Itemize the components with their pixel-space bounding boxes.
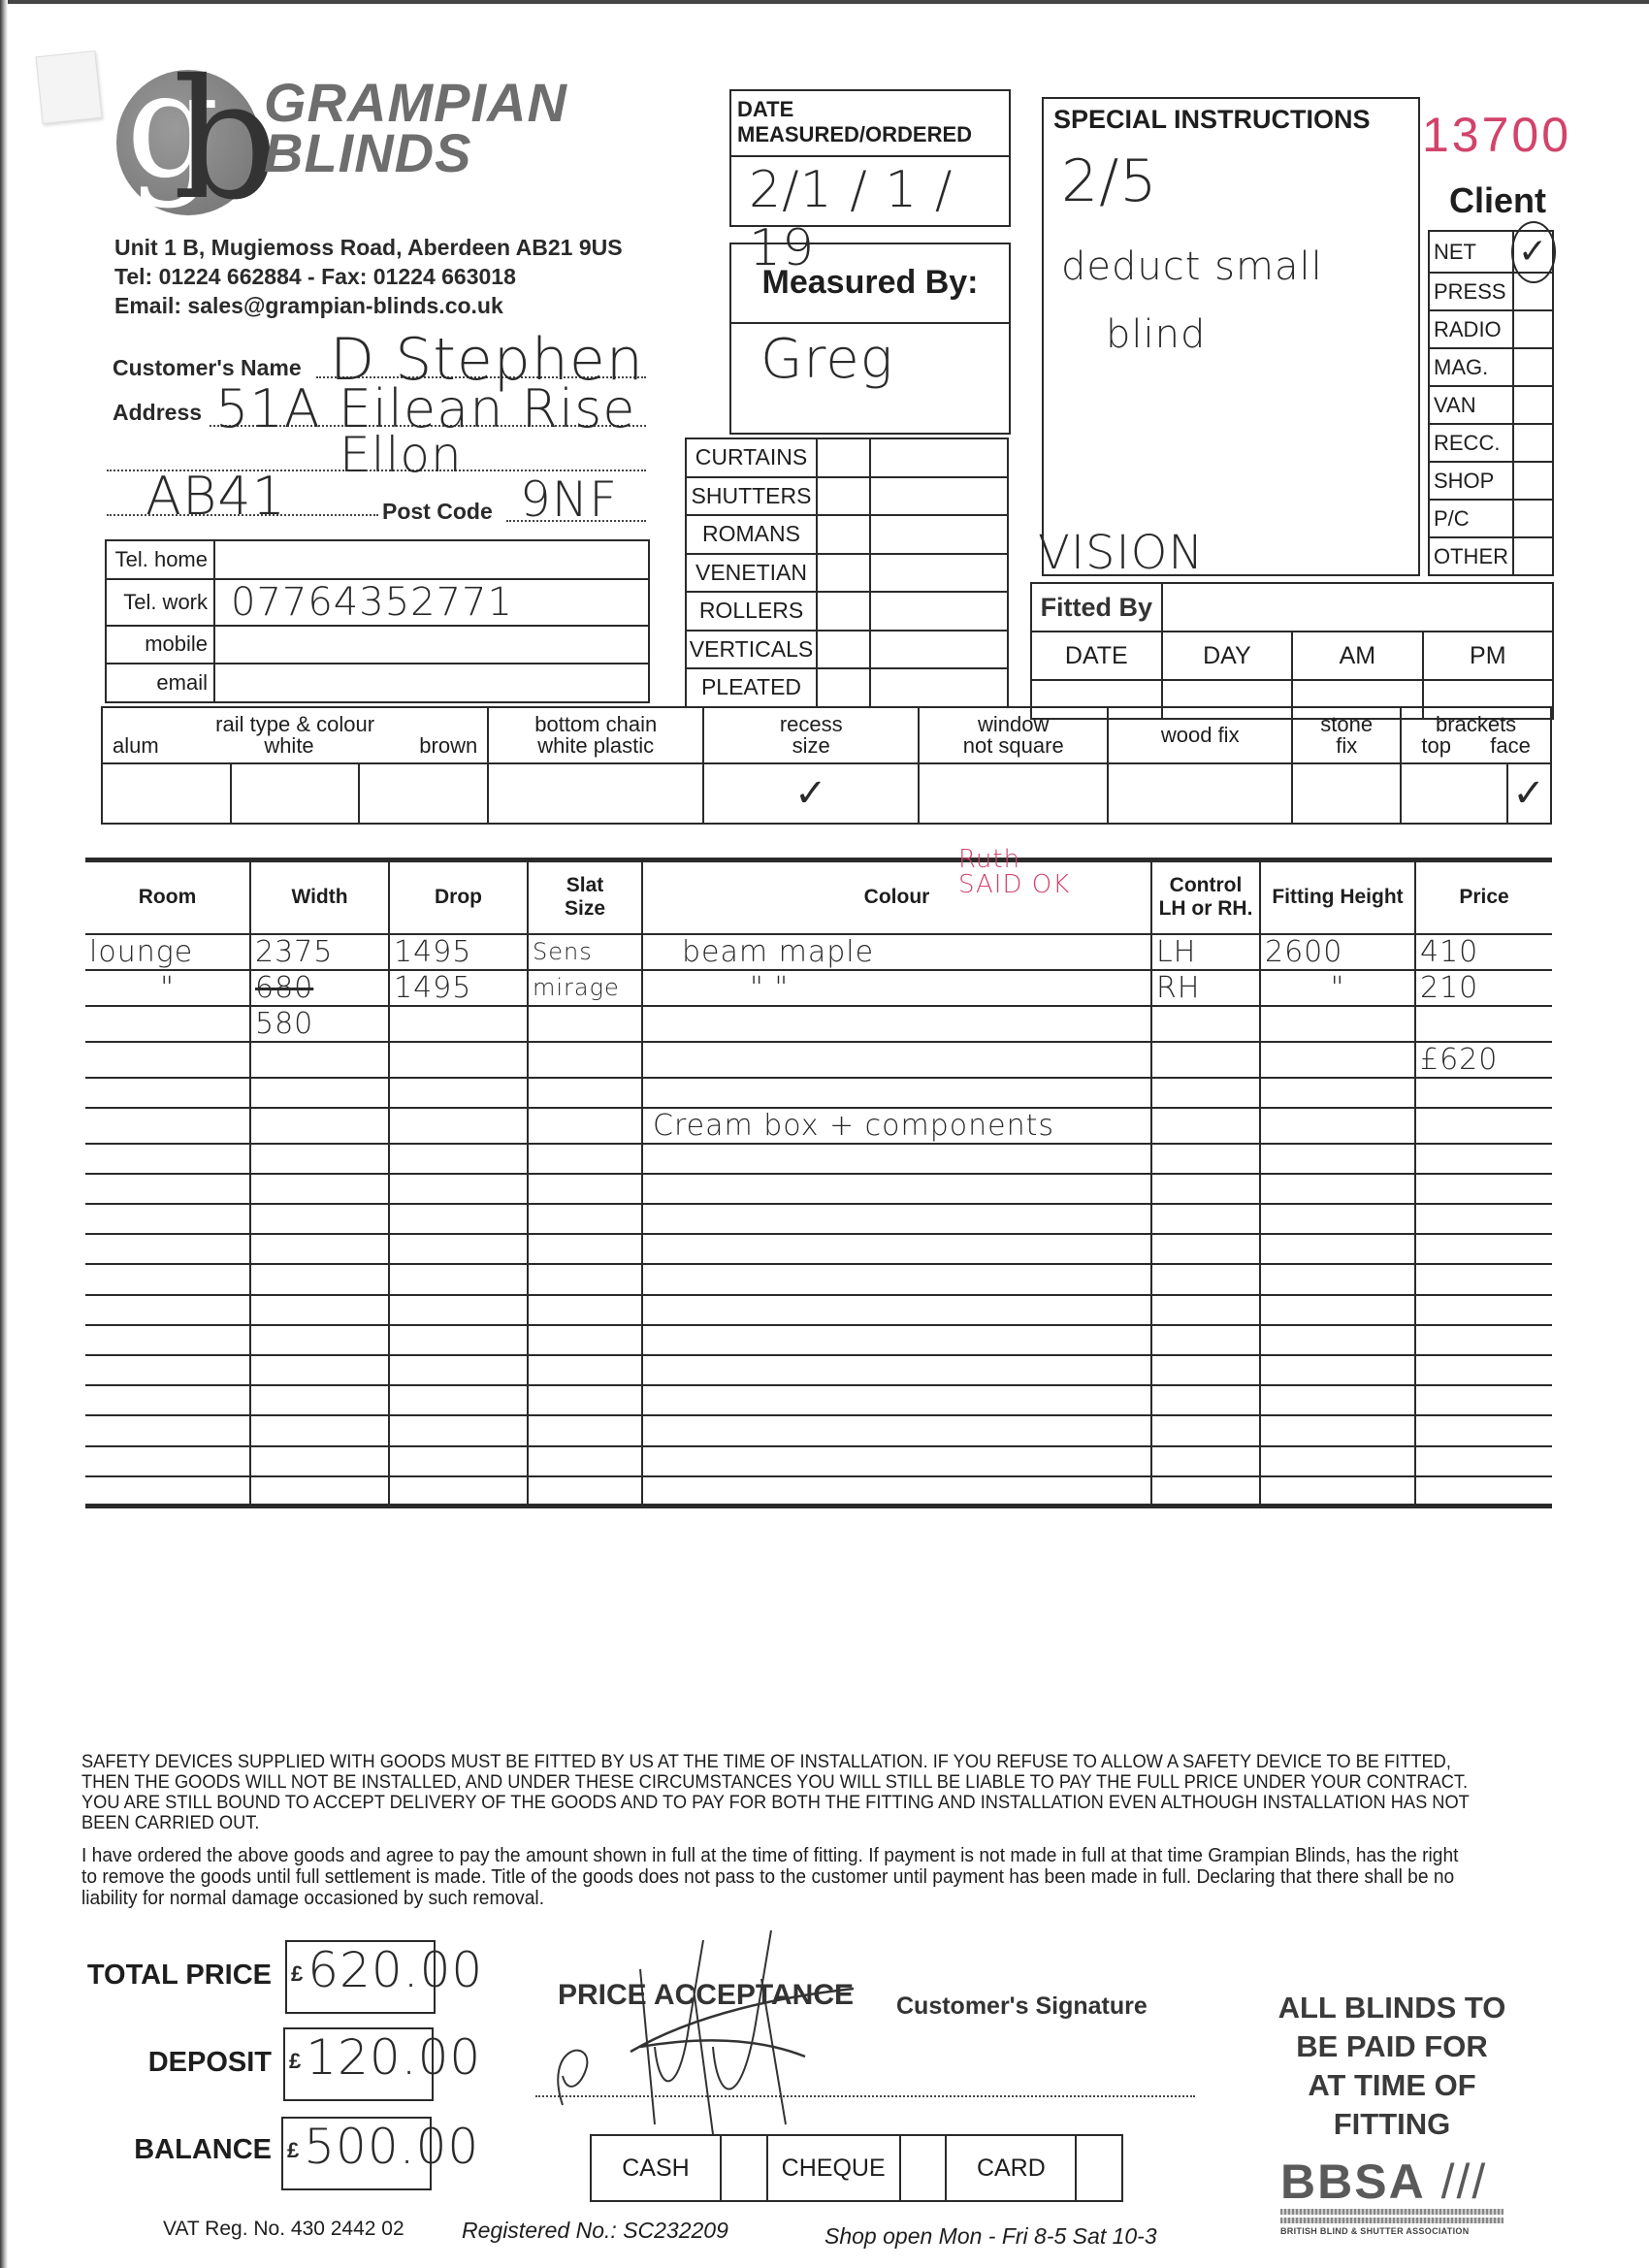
torn-paper-note [36,50,103,124]
special-instructions-footer-note[interactable]: VISION [1038,526,1204,580]
rail-brown-checkbox[interactable] [359,763,488,824]
payment-cash-checkbox[interactable] [721,2135,767,2201]
client-source-label: VAN [1429,386,1513,424]
product-checkbox[interactable] [817,668,870,707]
balance-field[interactable]: £500.00 [281,2117,432,2190]
bbsa-stripe [1280,2209,1503,2215]
product-label: VENETIAN [686,554,817,593]
slat-cell[interactable] [528,1042,642,1078]
bbsa-tagline: BRITISH BLIND & SHUTTER ASSOCIATION [1280,2226,1503,2236]
notice-line: ALL BLINDS TO [1251,1989,1533,2027]
vat-number: VAT Reg. No. 430 2442 02 [163,2218,404,2241]
registered-number: Registered No.: SC232209 [462,2218,728,2244]
order-row-empty [85,1385,1552,1415]
bottom-chain-header: bottom chain white plastic [488,707,703,763]
brackets-top-label: top [1421,735,1451,757]
brackets-label: brackets [1402,714,1550,735]
product-row: CURTAINS [686,438,1008,477]
price-cell[interactable] [1415,1078,1552,1108]
notice-line: BE PAID FOR [1251,2027,1533,2066]
order-row-empty [85,1174,1552,1204]
client-source-checkbox[interactable] [1513,424,1553,462]
colour-cell[interactable]: Cream box + components [642,1108,1151,1144]
drop-cell[interactable]: 1495 [389,970,528,1006]
col-fitting-height: Fitting Height [1260,860,1415,934]
fitted-col-pm: PM [1423,632,1553,680]
product-type-table: CURTAINS SHUTTERS ROMANS VENETIAN ROLLER… [685,437,1009,708]
postcode-label: Post Code [382,499,493,525]
client-source-row: VAN [1429,386,1553,424]
product-qty[interactable] [870,477,1008,516]
product-label: ROLLERS [686,592,817,631]
fitting-height-cell[interactable] [1260,1108,1415,1144]
client-source-row: RADIO [1429,310,1553,348]
width-cell[interactable] [250,1108,389,1144]
colour-cell[interactable]: " " [642,970,1151,1006]
bbsa-mark: BBSA /// [1280,2157,1503,2206]
slat-label-2: Size [529,897,641,921]
company-address: Unit 1 B, Mugiemoss Road, Aberdeen AB21 … [114,233,623,262]
order-row-empty [85,1446,1552,1476]
order-row: £620 [85,1042,1552,1078]
slat-cell[interactable] [528,1006,642,1042]
order-row-empty [85,1144,1552,1174]
notice-line: FITTING [1251,2105,1533,2144]
client-source-checkbox[interactable] [1513,462,1553,500]
date-label-line2: MEASURED/ORDERED [737,122,1003,147]
client-source-row: OTHER [1429,537,1553,575]
fitted-col-date: DATE [1031,632,1162,680]
customer-signature[interactable] [533,1930,883,2154]
date-measured-label: DATE MEASURED/ORDERED [731,91,1009,157]
control-cell[interactable] [1151,1006,1260,1042]
col-width: Width [250,860,389,934]
room-cell[interactable]: lounge [85,934,250,970]
stone-label-1: stone [1293,714,1400,735]
order-header-row: Room Width Drop SlatSize Colour Ruth SAI… [85,860,1552,934]
room-cell[interactable] [85,1108,250,1144]
window-not-square-checkbox[interactable] [919,763,1108,824]
colour-cell[interactable] [642,1078,1151,1108]
scan-edge-left [0,0,8,2268]
special-instructions-label: SPECIAL INSTRUCTIONS [1044,99,1418,141]
client-source-checkbox[interactable] [1513,537,1553,575]
payment-card-label: CARD [946,2135,1076,2201]
brackets-face-label: face [1490,735,1531,757]
control-cell[interactable] [1151,1108,1260,1144]
bottom-chain-checkbox[interactable] [488,763,703,824]
contact-label: Tel. home [106,540,214,579]
contact-label: Tel. work [106,579,214,626]
product-row: SHUTTERS [686,477,1008,516]
company-name: GRAMPIAN BLINDS [264,78,567,178]
bottom-chain-label-2: white plastic [489,735,702,757]
rail-type-label: rail type & colour [103,714,487,735]
rail-white-checkbox[interactable] [231,763,360,824]
client-source-label: RECC. [1429,424,1513,462]
order-row: " 680 1495 mirage " " RH " 210 [85,970,1552,1006]
price-cell[interactable] [1415,1006,1552,1042]
client-source-title: Client [1449,180,1546,221]
slat-cell[interactable]: mirage [528,970,642,1006]
control-cell[interactable] [1151,1078,1260,1108]
agreement-terms: I have ordered the above goods and agree… [81,1845,1474,1909]
logo-letter-b: b [173,58,278,223]
bottom-chain-label-1: bottom chain [489,714,702,735]
product-checkbox[interactable] [817,631,870,669]
mobile-field[interactable] [214,626,649,664]
product-checkbox[interactable] [817,477,870,516]
product-label: PLEATED [686,668,817,707]
fitting-height-cell[interactable]: " [1260,970,1415,1006]
product-checkbox[interactable] [817,438,870,477]
product-row: VERTICALS [686,631,1008,669]
total-price-label: TOTAL PRICE [78,1960,272,1992]
product-label: ROMANS [686,515,817,554]
postcode-field[interactable]: 9NF [520,471,618,528]
recess-label-1: recess [704,714,918,735]
slat-cell[interactable] [528,1108,642,1144]
fitting-height-cell[interactable] [1260,1078,1415,1108]
fitted-by-field[interactable] [1162,583,1553,632]
col-slat-size: SlatSize [528,860,642,934]
product-row: ROMANS [686,515,1008,554]
window-label-1: window [920,714,1107,735]
contact-table: Tel. home Tel. work 07764352771 mobile e… [105,539,650,703]
recess-label-2: size [704,735,918,757]
product-checkbox[interactable] [817,592,870,631]
control-cell[interactable]: RH [1151,970,1260,1006]
special-instructions-line[interactable]: 2/5 [1061,147,1158,215]
order-row-empty [85,1295,1552,1325]
order-row: 580 [85,1006,1552,1042]
company-name-line1: GRAMPIAN [264,78,567,128]
deposit-value: 120.00 [306,2029,481,2086]
special-instructions-box: SPECIAL INSTRUCTIONS 2/5 deduct small bl… [1042,97,1420,576]
tel-work-field[interactable]: 07764352771 [214,579,649,626]
date-measured-box: DATE MEASURED/ORDERED 2/1 / 1 / 19 [729,89,1011,227]
contact-row: email [106,664,649,702]
product-row: ROLLERS [686,592,1008,631]
client-source-label: NET [1429,231,1513,273]
rail-alum-checkbox[interactable] [102,763,231,824]
client-source-checkbox[interactable] [1513,348,1553,386]
deposit-label: DEPOSIT [78,2047,272,2079]
payment-card-checkbox[interactable] [1076,2135,1122,2201]
order-row-empty [85,1264,1552,1294]
order-row: lounge 2375 1495 Sens beam maple LH 2600… [85,934,1552,970]
payment-method-table: CASH CHEQUE CARD [590,2134,1123,2202]
client-source-label: RADIO [1429,310,1513,348]
payment-cash-label: CASH [591,2135,721,2201]
fitted-col-am: AM [1292,632,1422,680]
measured-by-label: Measured By: [731,244,1009,324]
balance-label: BALANCE [78,2134,272,2166]
price-total-cell[interactable]: £620 [1415,1042,1552,1078]
measured-by-box: Measured By: Greg [729,243,1011,435]
client-source-label: SHOP [1429,462,1513,500]
contact-label: email [106,664,214,702]
product-row: VENETIAN [686,554,1008,593]
payment-notice: ALL BLINDS TO BE PAID FOR AT TIME OF FIT… [1251,1989,1533,2144]
product-qty[interactable] [870,438,1008,477]
special-instructions-line[interactable]: blind [1106,312,1206,357]
stone-label-2: fix [1293,735,1400,757]
width-cell[interactable]: 680 [250,970,389,1006]
client-source-row: RECC. [1429,424,1553,462]
address-field-3[interactable]: AB41 [145,466,286,527]
client-source-checkbox[interactable] [1513,500,1553,537]
client-source-row: MAG. [1429,348,1553,386]
pound-sign: £ [289,2049,302,2073]
product-label: CURTAINS [686,438,817,477]
order-row-empty [85,1234,1552,1264]
width-cell[interactable] [250,1078,389,1108]
control-cell[interactable] [1151,1042,1260,1078]
product-label: VERTICALS [686,631,817,669]
brackets-face-checkbox[interactable]: ✓ [1507,763,1551,824]
window-not-square-header: window not square [919,707,1108,763]
product-row: PLEATED [686,668,1008,707]
safety-terms: SAFETY DEVICES SUPPLIED WITH GOODS MUST … [81,1752,1474,1833]
tel-home-field[interactable] [214,540,649,579]
fitting-height-cell[interactable] [1260,1042,1415,1078]
control-label-1: Control [1152,874,1259,897]
contact-row: Tel. work 07764352771 [106,579,649,626]
fitting-height-cell[interactable] [1260,1006,1415,1042]
price-cell[interactable]: 410 [1415,934,1552,970]
deposit-field[interactable]: £120.00 [283,2027,434,2101]
colour-note: Ruth SAID OK [958,847,1070,897]
measured-by-field[interactable]: Greg [731,324,1009,395]
pound-sign: £ [291,1961,304,1986]
contact-row: mobile [106,626,649,664]
company-email: Email: sales@grampian-blinds.co.uk [114,291,623,320]
balance-value: 500.00 [304,2119,479,2175]
drop-cell[interactable] [389,1108,528,1144]
order-number: 13700 [1422,107,1571,163]
company-name-line2: BLINDS [264,128,567,178]
product-qty[interactable] [870,631,1008,669]
rail-type-header: rail type & colour alum white brown [102,707,488,763]
width-cell[interactable] [250,1042,389,1078]
client-source-checkbox[interactable] [1513,386,1553,424]
rail-brown-label: brown [419,735,477,757]
slat-cell[interactable]: Sens [528,934,642,970]
product-checkbox[interactable] [817,515,870,554]
price-cell[interactable] [1415,1108,1552,1144]
special-instructions-line[interactable]: deduct small [1061,244,1323,289]
order-row-empty [85,1355,1552,1385]
recess-size-checkbox[interactable]: ✓ [703,763,919,824]
order-row [85,1078,1552,1108]
order-table: Room Width Drop SlatSize Colour Ruth SAI… [85,858,1552,1508]
col-drop: Drop [389,860,528,934]
product-qty[interactable] [870,515,1008,554]
order-row-empty [85,1415,1552,1445]
drop-cell[interactable] [389,1042,528,1078]
col-price: Price [1415,860,1552,934]
product-qty[interactable] [870,668,1008,707]
control-cell[interactable]: LH [1151,934,1260,970]
slat-cell[interactable] [528,1078,642,1108]
rail-white-label: white [264,735,313,757]
fitted-by-label: Fitted By [1031,583,1162,632]
contact-row: Tel. home [106,540,649,579]
client-source-row: P/C [1429,500,1553,537]
brackets-header: brackets top face [1401,707,1551,763]
product-qty[interactable] [870,592,1008,631]
date-label-line1: DATE [737,97,1003,122]
colour-note-line2: SAID OK [958,872,1070,897]
colour-cell[interactable] [642,1006,1151,1042]
order-row-empty [85,1204,1552,1234]
colour-note-line1: Ruth [958,847,1070,872]
width-cell[interactable]: 580 [250,1006,389,1042]
wood-fix-checkbox[interactable] [1108,763,1292,824]
total-price-value: 620.00 [307,1942,483,1998]
total-price-field[interactable]: £620.00 [285,1940,436,2014]
recess-size-header: recess size [703,707,919,763]
address-field-2[interactable]: Ellon [339,427,463,483]
product-label: SHUTTERS [686,477,817,516]
client-source-label: P/C [1429,500,1513,537]
fitted-by-table: Fitted By DATE DAY AM PM [1030,582,1554,720]
fitting-height-cell[interactable]: 2600 [1260,934,1415,970]
room-cell[interactable] [85,1042,250,1078]
signature-label: Customer's Signature [896,1993,1148,2021]
product-checkbox[interactable] [817,554,870,593]
payment-cheque-checkbox[interactable] [900,2135,947,2201]
col-colour: Colour Ruth SAID OK [642,860,1151,934]
address-label: Address [113,400,202,426]
slat-label-1: Slat [529,874,641,897]
col-room: Room [85,860,250,934]
client-source-checkbox[interactable] [1513,310,1553,348]
bbsa-logo: BBSA /// BRITISH BLIND & SHUTTER ASSOCIA… [1280,2157,1503,2236]
room-cell[interactable] [85,1078,250,1108]
order-row: Cream box + components [85,1108,1552,1144]
drop-cell[interactable] [389,1006,528,1042]
order-row-empty [85,1476,1552,1507]
price-cell[interactable]: 210 [1415,970,1552,1006]
payment-cheque-label: CHEQUE [767,2135,900,2201]
room-cell[interactable]: " [85,970,250,1006]
width-cell[interactable]: 2375 [250,934,389,970]
pound-sign: £ [287,2138,300,2162]
rail-alum-label: alum [113,735,159,757]
company-contact: Unit 1 B, Mugiemoss Road, Aberdeen AB21 … [114,233,623,320]
notice-line: AT TIME OF [1251,2066,1533,2105]
colour-label: Colour [864,886,930,908]
email-field[interactable] [214,664,649,702]
scan-edge-top [0,0,1649,4]
drop-cell[interactable] [389,1078,528,1108]
wood-fix-header: wood fix [1108,707,1292,763]
control-label-2: LH or RH. [1152,897,1259,921]
stone-fix-checkbox[interactable] [1292,763,1401,824]
net-checkbox-circle [1511,221,1556,283]
room-cell[interactable] [85,1006,250,1042]
contact-label: mobile [106,626,214,664]
brackets-top-checkbox[interactable] [1401,763,1507,824]
drop-cell[interactable]: 1495 [389,934,528,970]
customer-name-label: Customer's Name [113,355,302,381]
window-label-2: not square [920,735,1107,757]
colour-cell[interactable] [642,1042,1151,1078]
client-source-row: SHOP [1429,462,1553,500]
order-row-empty [85,1325,1552,1355]
client-source-label: MAG. [1429,348,1513,386]
stone-fix-header: stone fix [1292,707,1401,763]
client-source-label: PRESS [1429,273,1513,310]
company-phone-fax: Tel: 01224 662884 - Fax: 01224 663018 [114,262,623,291]
bbsa-stripe [1280,2218,1503,2223]
shop-hours: Shop open Mon - Fri 8-5 Sat 10-3 [824,2223,1157,2250]
fitting-options-table: rail type & colour alum white brown bott… [101,706,1552,825]
col-control: ControlLH or RH. [1151,860,1260,934]
fitted-col-day: DAY [1162,632,1293,680]
product-qty[interactable] [870,554,1008,593]
colour-cell[interactable]: beam maple [642,934,1151,970]
client-source-label: OTHER [1429,537,1513,575]
